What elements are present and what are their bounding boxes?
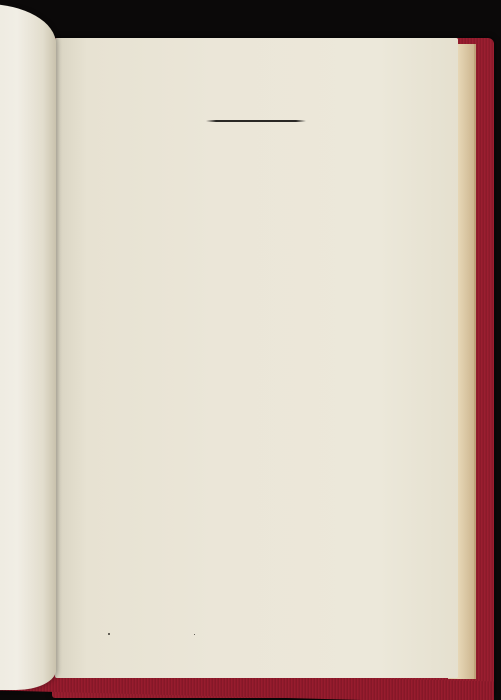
verso-page-curled [0,4,56,690]
running-head [83,70,428,86]
verso-text-fragments [0,4,56,690]
paper-speck [108,633,110,635]
paper-speck [194,634,195,635]
recto-text-block [83,70,428,160]
book-photo [0,0,501,700]
section-divider-rule [206,120,306,122]
